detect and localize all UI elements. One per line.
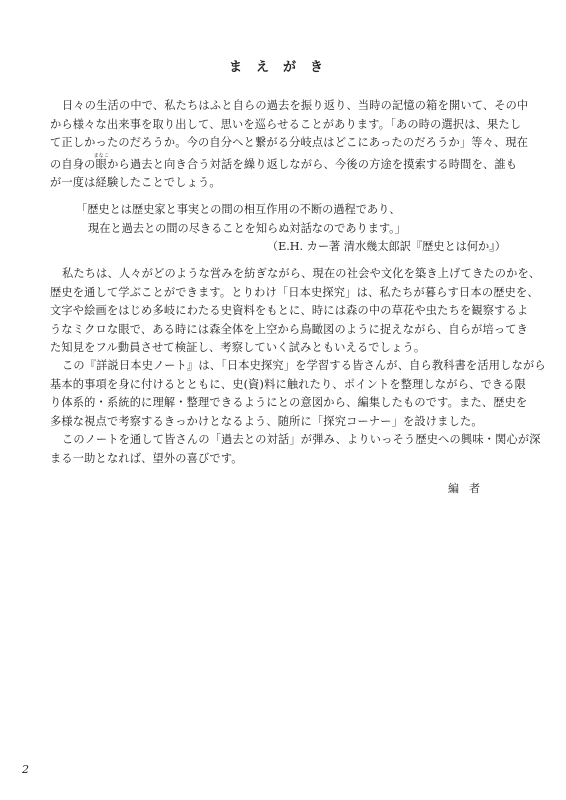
- text-line: 文字や絵画をはじめ多岐にわたる史資料をもとに、時には森の中の草花や虫たちを観察す…: [50, 302, 542, 321]
- text-line: この『詳説日本史ノート』は、「日本史探究」を学習する皆さんが、自ら教科書を活用し…: [50, 357, 542, 376]
- quote-line: 現在と過去との間の尽きることを知らぬ対話なのであります。」: [76, 220, 536, 239]
- page-number: 2: [22, 763, 29, 776]
- text-line: 多様な視点で考察するきっかけとなるよう、随所に「探究コーナー」を設けました。: [50, 413, 542, 432]
- text-line: まる一助となれば、望外の喜びです。: [50, 450, 542, 469]
- editor-signature: 編者: [448, 480, 490, 496]
- text-line-with-ruby: の自身の眼まなこから過去と向き合う対話を繰り返しながら、今後の方途を摸索する時間…: [50, 153, 542, 175]
- ruby-word: 眼まなこ: [96, 158, 108, 171]
- text-line: た知見をフル動員させて検証し、考察していく試みともいえるでしょう。: [50, 339, 542, 358]
- text-line: 歴史を通して学ぶことができます。とりわけ「日本史探究」は、私たちが暮らす日本の歴…: [50, 284, 542, 303]
- text-line: 日々の生活の中で、私たちはふと自らの過去を振り返り、当時の記憶の箱を開いて、その…: [50, 97, 542, 116]
- paragraph-notebook: この『詳説日本史ノート』は、「日本史探究」を学習する皆さんが、自ら教科書を活用し…: [50, 357, 542, 431]
- page-title: まえがき: [0, 56, 566, 75]
- text-line: 基本的事項を身に付けるとともに、史(資)料に触れたり、ポイントを整理しながら、で…: [50, 376, 542, 395]
- quotation-block: 「歴史とは歴史家と事実との間の相互作用の不断の過程であり、 現在と過去との間の尽…: [76, 201, 536, 257]
- paragraph-history: 私たちは、人々がどのような営みを紡ぎながら、現在の社会や文化を築き上げてきたのか…: [50, 265, 542, 358]
- paragraph-closing: このノートを通して皆さんの「過去との対話」が弾み、よりいっそう歴史への興味・関心…: [50, 431, 542, 468]
- text-line: 私たちは、人々がどのような営みを紡ぎながら、現在の社会や文化を築き上げてきたのか…: [50, 265, 542, 284]
- text-line: り体系的・系統的に理解・整理できるようにとの意図から、編集したものです。また、歴…: [50, 394, 542, 413]
- quote-line: 「歴史とは歴史家と事実との間の相互作用の不断の過程であり、: [76, 201, 536, 220]
- paragraph-intro: 日々の生活の中で、私たちはふと自らの過去を振り返り、当時の記憶の箱を開いて、その…: [50, 97, 542, 193]
- text-line: が一度は経験したことでしょう。: [50, 174, 542, 193]
- text-line: このノートを通して皆さんの「過去との対話」が弾み、よりいっそう歴史への興味・関心…: [50, 431, 542, 450]
- text-line: うなミクロな眼で、ある時には森全体を上空から鳥瞰図のように捉えながら、自らが培っ…: [50, 321, 542, 340]
- text-segment: から過去と向き合う対話を繰り返しながら、今後の方途を摸索する時間を、誰も: [107, 158, 517, 171]
- quote-source: （E.H. カー著 清水幾太郎訳『歴史とは何か』）: [76, 238, 536, 257]
- text-line: から様々な出来事を取り出して、思いを巡らせることがあります。「あの時の選択は、果…: [50, 116, 542, 135]
- ruby-reading: まなこ: [94, 153, 110, 159]
- text-line: て正しかったのだろうか。今の自分へと繋がる分岐点はどこにあったのだろうか」等々、…: [50, 134, 542, 153]
- text-segment: の自身の: [50, 158, 96, 171]
